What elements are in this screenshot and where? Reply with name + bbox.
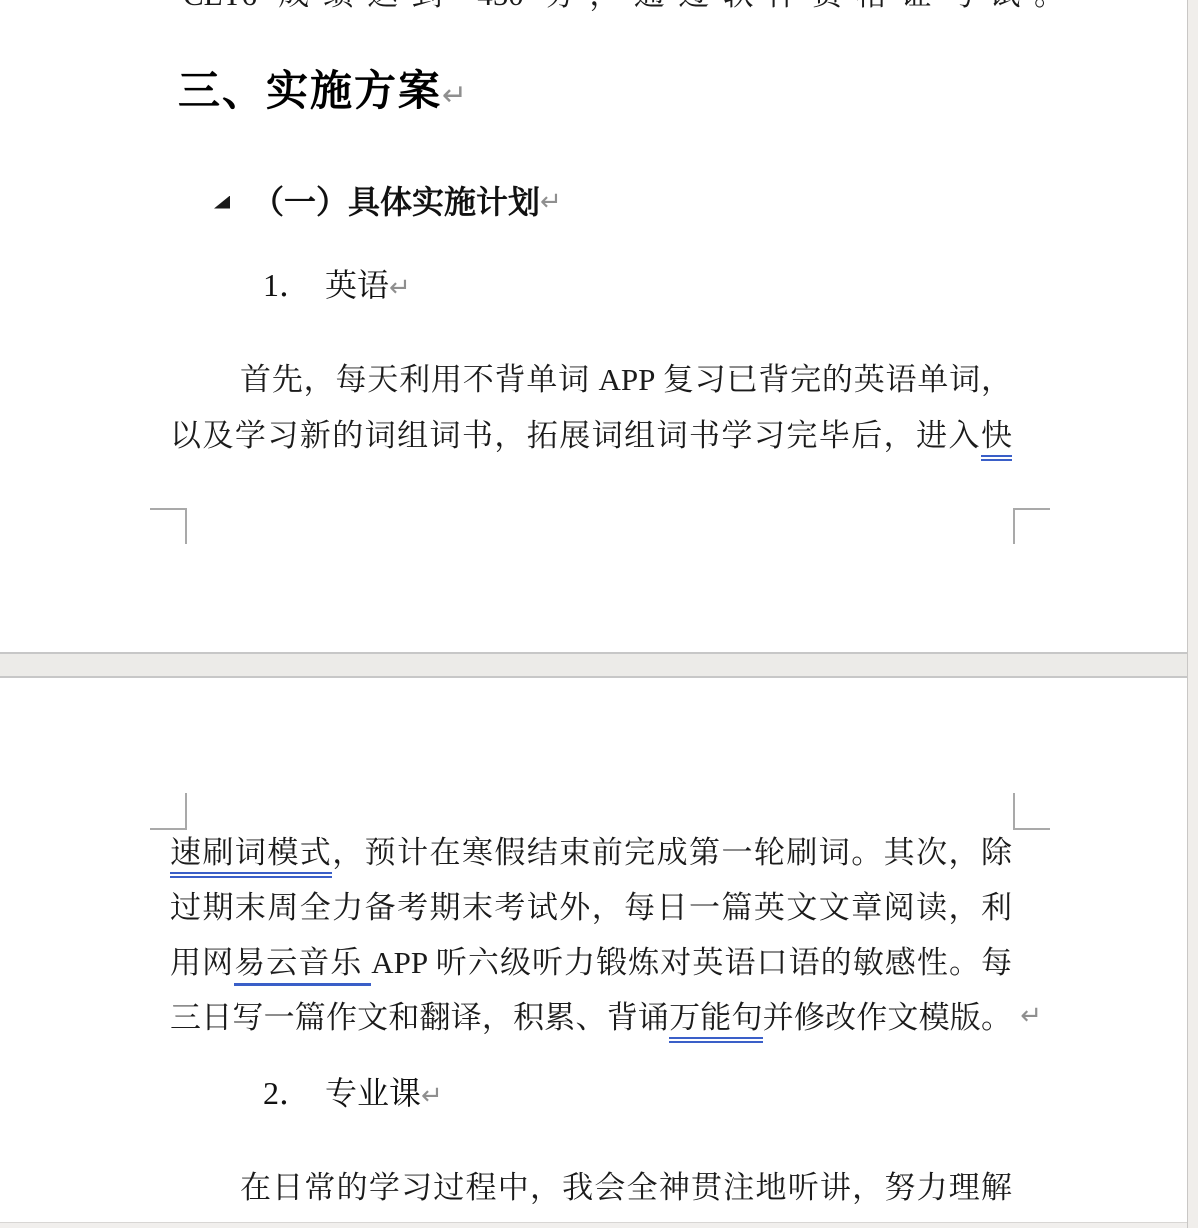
paragraph-mark-icon: ↵: [1020, 994, 1042, 1038]
body-line[interactable]: 三日写一篇作文和翻译，积累、背诵万能句并修改作文模版。↵: [170, 996, 1012, 1040]
text-boundary-mark: [185, 508, 187, 544]
heading-level2[interactable]: （一）具体实施计划↵: [214, 182, 562, 222]
body-text: 用网: [170, 945, 234, 980]
page-2: 速刷词模式，预计在寒假结束前完成第一轮刷词。其次，除 过期末周全力备考期末考试外…: [0, 678, 1188, 1222]
text-boundary-mark: [1013, 828, 1050, 830]
text-boundary-mark: [185, 793, 187, 829]
text-boundary-mark: [1013, 793, 1015, 829]
heading-item-2-title: 专业课: [325, 1075, 421, 1111]
body-text: 并修改作文模版。: [763, 1000, 1012, 1035]
document-canvas: CET6 成绩达到 450 分，通过软件资格证考试。 三、实施方案↵ （一）具体…: [0, 0, 1198, 1228]
heading-item-1-number: 1．: [263, 267, 311, 303]
body-line[interactable]: 在日常的学习过程中，我会全神贯注地听讲，努力理解: [170, 1166, 1012, 1210]
underlined-text: 快: [981, 418, 1012, 461]
body-text: 过期末周全力备考期末考试外，每日一篇英文文章阅读，利: [170, 890, 1012, 925]
clipped-text-line[interactable]: CET6 成绩达到 450 分，通过软件资格证考试。: [183, 0, 1065, 11]
heading-item-2[interactable]: 2．专业课↵: [263, 1073, 443, 1116]
text-boundary-mark: [150, 828, 187, 830]
body-text: APP 听六级听力锻炼对英语口语的敏感性。每: [371, 945, 1012, 980]
text-boundary-mark: [150, 508, 187, 510]
heading-level2-text: （一）具体实施计划: [252, 182, 540, 222]
paragraph-mark-icon: ↵: [421, 1081, 443, 1111]
heading-level1[interactable]: 三、实施方案↵: [178, 66, 467, 121]
body-line[interactable]: 速刷词模式，预计在寒假结束前完成第一轮刷词。其次，除: [170, 831, 1012, 875]
page-1: CET6 成绩达到 450 分，通过软件资格证考试。 三、实施方案↵ （一）具体…: [0, 0, 1188, 652]
heading-item-1-title: 英语: [325, 267, 389, 303]
body-line[interactable]: 用网易云音乐 APP 听六级听力锻炼对英语口语的敏感性。每: [170, 941, 1012, 985]
heading-item-1[interactable]: 1．英语↵: [263, 265, 411, 308]
body-text: 首先，每天利用不背单词 APP 复习已背完的英语单词，: [240, 362, 1012, 397]
app-background-edge: [1187, 0, 1198, 1228]
heading-item-2-number: 2．: [263, 1075, 311, 1111]
paragraph-mark-icon: ↵: [442, 78, 467, 113]
body-line[interactable]: 首先，每天利用不背单词 APP 复习已背完的英语单词，: [170, 358, 1012, 402]
paragraph-mark-icon: ↵: [540, 182, 562, 222]
body-text: 三日写一篇作文和翻译，积累、背诵: [170, 1000, 669, 1035]
text-boundary-mark: [1013, 508, 1050, 510]
body-line[interactable]: 以及学习新的词组词书，拓展词组词书学习完毕后，进入快: [170, 414, 1012, 458]
body-text: 以及学习新的词组词书，拓展词组词书学习完毕后，进入: [170, 418, 981, 453]
body-line[interactable]: 过期末周全力备考期末考试外，每日一篇英文文章阅读，利: [170, 886, 1012, 930]
underlined-text: 速刷词模式: [170, 835, 332, 878]
text-boundary-mark: [1013, 508, 1015, 544]
body-text: ，预计在寒假结束前完成第一轮刷词。其次，除: [332, 835, 1012, 870]
body-text: 在日常的学习过程中，我会全神贯注地听讲，努力理解: [240, 1170, 1012, 1205]
heading-level1-text: 三、实施方案: [178, 67, 442, 114]
underlined-text: 万能句: [669, 1000, 763, 1043]
bottom-edge-strip: [0, 1222, 1188, 1228]
outline-collapse-triangle-icon[interactable]: [214, 196, 230, 209]
page-break-gap: [0, 652, 1188, 678]
clipped-text: CET6 成绩达到 450 分，通过软件资格证考试。: [183, 0, 1065, 12]
paragraph-mark-icon: ↵: [389, 273, 411, 303]
underlined-text: 易云音乐: [234, 945, 371, 986]
